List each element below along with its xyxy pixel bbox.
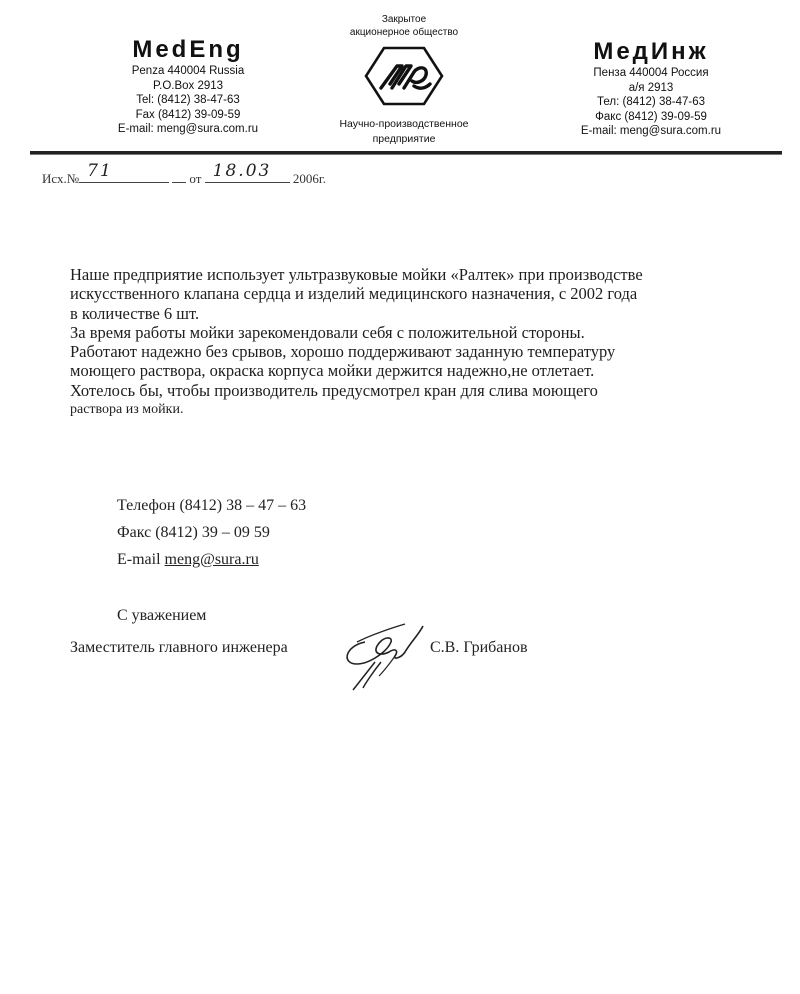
outgoing-number-handwritten: 71 <box>87 161 113 181</box>
address-line: Penza 440004 Russia <box>82 64 294 79</box>
brand-name-en: MedEng <box>82 36 294 64</box>
company-kind-line-2: предприятие <box>318 132 490 147</box>
date-from-label: от <box>189 171 201 186</box>
signature-icon <box>335 612 425 692</box>
fax-line-ru: Факс (8412) 39-09-59 <box>546 110 756 125</box>
body-line: За время работы мойки зарекомендовали се… <box>70 323 770 342</box>
address-line-ru: Пенза 440004 Россия <box>546 66 756 81</box>
date-handwritten: 18.03 <box>213 161 272 181</box>
po-box-line: P.O.Box 2913 <box>82 79 294 94</box>
year-label: 2006г. <box>293 171 326 186</box>
tel-line-ru: Тел: (8412) 38-47-63 <box>546 95 756 110</box>
body-line: Работают надежно без срывов, хорошо подд… <box>70 342 770 361</box>
date-field: 18.03 <box>205 170 290 183</box>
letterhead-left: MedEng Penza 440004 Russia P.O.Box 2913 … <box>82 36 294 137</box>
closing-regards: С уважением <box>117 607 206 625</box>
outgoing-number-field: 71 <box>79 170 169 183</box>
contact-fax: Факс (8412) 39 – 09 59 <box>117 519 306 546</box>
email-line-ru: E-mail: meng@sura.com.ru <box>546 124 756 139</box>
body-line: в количестве 6 шт. <box>70 304 770 323</box>
tel-line: Tel: (8412) 38-47-63 <box>82 93 294 108</box>
hexagon-logo-icon <box>364 46 444 106</box>
po-box-line-ru: а/я 2913 <box>546 81 756 96</box>
brand-name-ru: МедИнж <box>546 38 756 66</box>
contact-email-row: E-mail meng@sura.ru <box>117 546 306 573</box>
company-type-line-2: акционерное общество <box>318 26 490 39</box>
body-line: Наше предприятие использует ультразвуков… <box>70 265 770 284</box>
contacts-block: Телефон (8412) 38 – 47 – 63 Факс (8412) … <box>117 492 306 573</box>
fax-line: Fax (8412) 39-09-59 <box>82 108 294 123</box>
letterhead-separator <box>30 151 782 154</box>
email-line: E-mail: meng@sura.com.ru <box>82 122 294 137</box>
body-line: моющего раствора, окраска корпуса мойки … <box>70 361 770 380</box>
reference-line: Исх.№71 от 18.03 2006г. <box>42 170 326 187</box>
body-line: Хотелось бы, чтобы производитель предусм… <box>70 381 770 400</box>
company-type-line-1: Закрытое <box>318 13 490 26</box>
contact-phone: Телефон (8412) 38 – 47 – 63 <box>117 492 306 519</box>
outgoing-number-label: Исх.№ <box>42 171 79 186</box>
body-line: раствора из мойки. <box>70 400 770 419</box>
signer-position: Заместитель главного инженера <box>70 639 288 657</box>
email-link[interactable]: meng@sura.ru <box>165 551 259 568</box>
letter-body: Наше предприятие использует ультразвуков… <box>70 265 770 419</box>
signer-name: С.В. Грибанов <box>430 639 528 657</box>
letterhead-right: МедИнж Пенза 440004 Россия а/я 2913 Тел:… <box>546 38 756 139</box>
email-label: E-mail <box>117 551 161 568</box>
blank-dash <box>172 170 186 183</box>
company-kind-line-1: Научно-производственное <box>318 117 490 132</box>
letterhead-center: Закрытое акционерное общество Научно-про… <box>318 13 490 146</box>
body-line: искусственного клапана сердца и изделий … <box>70 284 770 303</box>
